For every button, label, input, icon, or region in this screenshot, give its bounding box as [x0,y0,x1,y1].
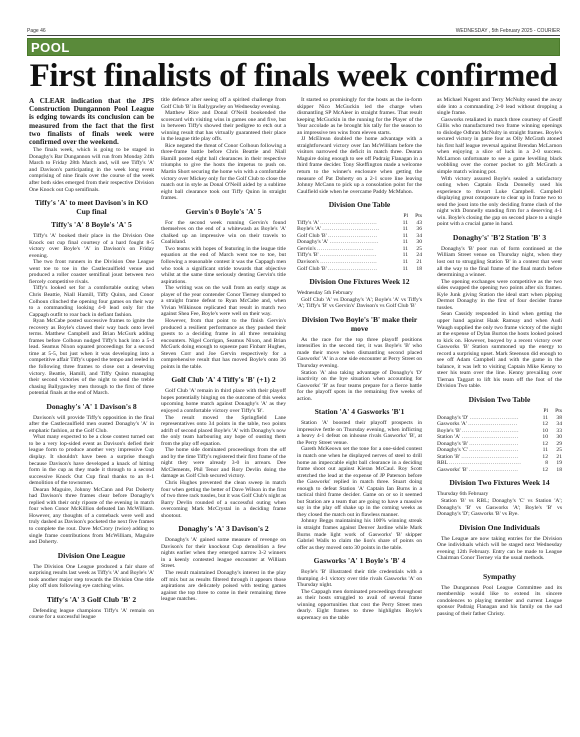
team-name: Station 'B' [437,454,460,460]
subheading: Division One League [29,551,154,560]
paragraph: The result moved the Springfield Lane re… [161,415,286,448]
subheading: Donaghy's 'A' 1 Davison's 8 [29,402,154,411]
column-1: A CLEAR indication that the JPS Construc… [29,97,154,621]
paragraph: The two front runners in the Division On… [29,259,154,285]
paragraph: Station 'A' also taking advantage of Don… [297,370,422,403]
subheading: Tiffy's 'A' to meet Davison's in KO Cup … [29,198,154,216]
paragraph: The Cappagh men dominated proceedings th… [297,589,422,622]
paragraph: Rice negated the threat of Conor Colhoun… [161,143,286,202]
paragraph: Golf Club 'A' remain in third place with… [161,388,286,414]
subheading: Division One Fixtures Week 12 [297,277,422,286]
fixture-list: Golf Club 'A' vs Donaghy's 'A'; Boyle's … [297,297,422,310]
team-name: Tiffy's 'A' [297,220,319,226]
team-name: Donaghy's 'D' [437,415,468,421]
paragraph: title defence after seeing off a spirite… [161,97,286,110]
paragraph: Chris Hughes prevented the clean sweep i… [161,480,286,519]
paragraph: Sean Cassidy responded in kind when gett… [437,311,562,390]
subheading: Division One Individuals [437,523,562,532]
paragraph: With victory assured Boyle's sealed a sa… [437,176,562,228]
paragraph: Gasworks retaliated in match three court… [437,117,562,176]
subheading: Gervin's 0 Boyle's 'A' 5 [161,207,286,216]
subheading: Donaghy's 'A' 3 Davison's 2 [161,524,286,533]
subheading: Tiffy's 'A' 8 Boyle's 'A' 5 [29,220,154,229]
subheading: Donaghy's' 'B'2 Station 'B' 3 [437,233,562,242]
section-title: POOL [31,40,70,55]
points: 18 [548,467,562,474]
paragraph: However, from that point to the finish G… [161,318,286,370]
team-name: Gasworks' 'B' [437,467,468,473]
paragraph: The home side dominated proceedings from… [161,447,286,480]
subheading: Division Two Fixtures Week 14 [437,478,562,487]
paragraph: What many expected to be a close contest… [29,434,154,486]
team-name: Gasworks 'A' [437,421,467,427]
paragraph: The opening exchanges were competitive a… [437,279,562,312]
paragraph: JJ McElrean doubled the home advantage w… [297,136,422,195]
paragraph: The result maintained Donaghy's interest… [161,570,286,603]
fixture-list: Station 'B' vs RBL; Donaghy's 'C' vs Sta… [437,498,562,518]
paragraph: Defending league champions Tiffy's 'A' r… [29,608,154,621]
column-4: as Michael Nugent and Terry McNulty ease… [437,97,562,618]
team-name: Tiffy's 'B' [297,252,319,258]
subheading: Golf Club 'A' 4 Tiffy's 'B' (+1) 2 [161,375,286,384]
subheading: Tiffy's 'A' 3 Golf Club 'B' 2 [29,595,154,604]
division-one-table: Pl Pts Tiffy's 'A' .....................… [297,213,422,272]
column-2: title defence after seeing off a spirite… [161,97,286,603]
paragraph: Tiffy's looked set for a comfortable out… [29,285,154,318]
subheading: Division Two Boyle's 'B' make their move [297,315,422,333]
paragraph: Johnny Beggs maintaining his 100% winnin… [297,518,422,551]
paragraph: The Division One League produced a fair … [29,564,154,590]
paragraph: Matthew Rice and Donal O'Neill bookended… [161,110,286,143]
paragraph: Gareth McKeown set the tone for a one-si… [297,446,422,518]
section-banner: POOL [27,38,560,56]
played: 12 [534,467,548,474]
header-rule [27,35,560,36]
division-two-table: Pl Pts Donaghy's 'D' ...................… [437,408,562,473]
team-name: Station 'A' [437,434,460,440]
paragraph: as Michael Nugent and Terry McNulty ease… [437,97,562,117]
paragraph: The League are now taking entries for th… [437,536,562,562]
paragraph: The Dungannon Pool League Committee and … [437,585,562,618]
paragraph: Davison's will provide Tiffy's oppositio… [29,415,154,435]
paragraph: The finals week, which is going to be st… [29,147,154,193]
team-name: Golf Club 'B' [297,266,327,272]
paragraph: As the race for the top three playoff po… [297,337,422,370]
team-name: RBL [437,460,448,466]
table-row: Golf Club 'B' ..........................… [297,266,422,273]
paragraph: For the second week running Gervin's fou… [161,220,286,246]
team-name: Donaghy's 'A' [297,239,328,245]
paragraph: Donaghy's 'B' poor run of form continued… [437,246,562,279]
paragraph: Ryan McCabe posted successive frames to … [29,318,154,397]
points: 18 [408,266,422,273]
paragraph: The writing was on the wall from an earl… [161,285,286,318]
subheading: Gasworks 'A' 1 Boyle's 'B' 4 [297,556,422,565]
paragraph: Station 'A' boosted their playoff prospe… [297,420,422,446]
played: 11 [394,266,408,273]
paragraph: It started so promisingly for the hosts … [297,97,422,136]
subheading: Division One Table [297,200,422,209]
team-name: Golf Club 'B' [297,233,327,239]
subheading: Sympathy [437,572,562,581]
team-name: Boyle's 'B' [437,428,461,434]
team-name: Gervin's [297,246,316,252]
table-row: Gasworks' 'B' ..........................… [437,467,562,474]
team-name: Donaghy's 'B' [437,441,468,447]
paragraph: Tiffy's 'A' booked their place in the Di… [29,233,154,259]
subheading: Division Two Table [437,395,562,404]
paragraph: Boyle's 'B' illustrated their title cred… [297,569,422,589]
column-3: It started so promisingly for the hosts … [297,97,422,622]
paragraph: Two teams with hopes of featuring in the… [161,246,286,285]
headline: First finalists of finals week confirmed [27,58,560,94]
paragraph: Donaghy's 'A' gained some measure of rev… [161,537,286,570]
paragraph: Dearan Maguire, Johnny McCann and Pat Do… [29,487,154,546]
team-name: Donaghy's 'C' [437,447,468,453]
team-name: Boyle's 'A' [297,226,321,232]
lead-paragraph: A CLEAR indication that the JPS Construc… [29,97,154,146]
team-name: Davison's [297,259,319,265]
subheading: Station 'A' 4 Gasworks 'B'1 [297,407,422,416]
